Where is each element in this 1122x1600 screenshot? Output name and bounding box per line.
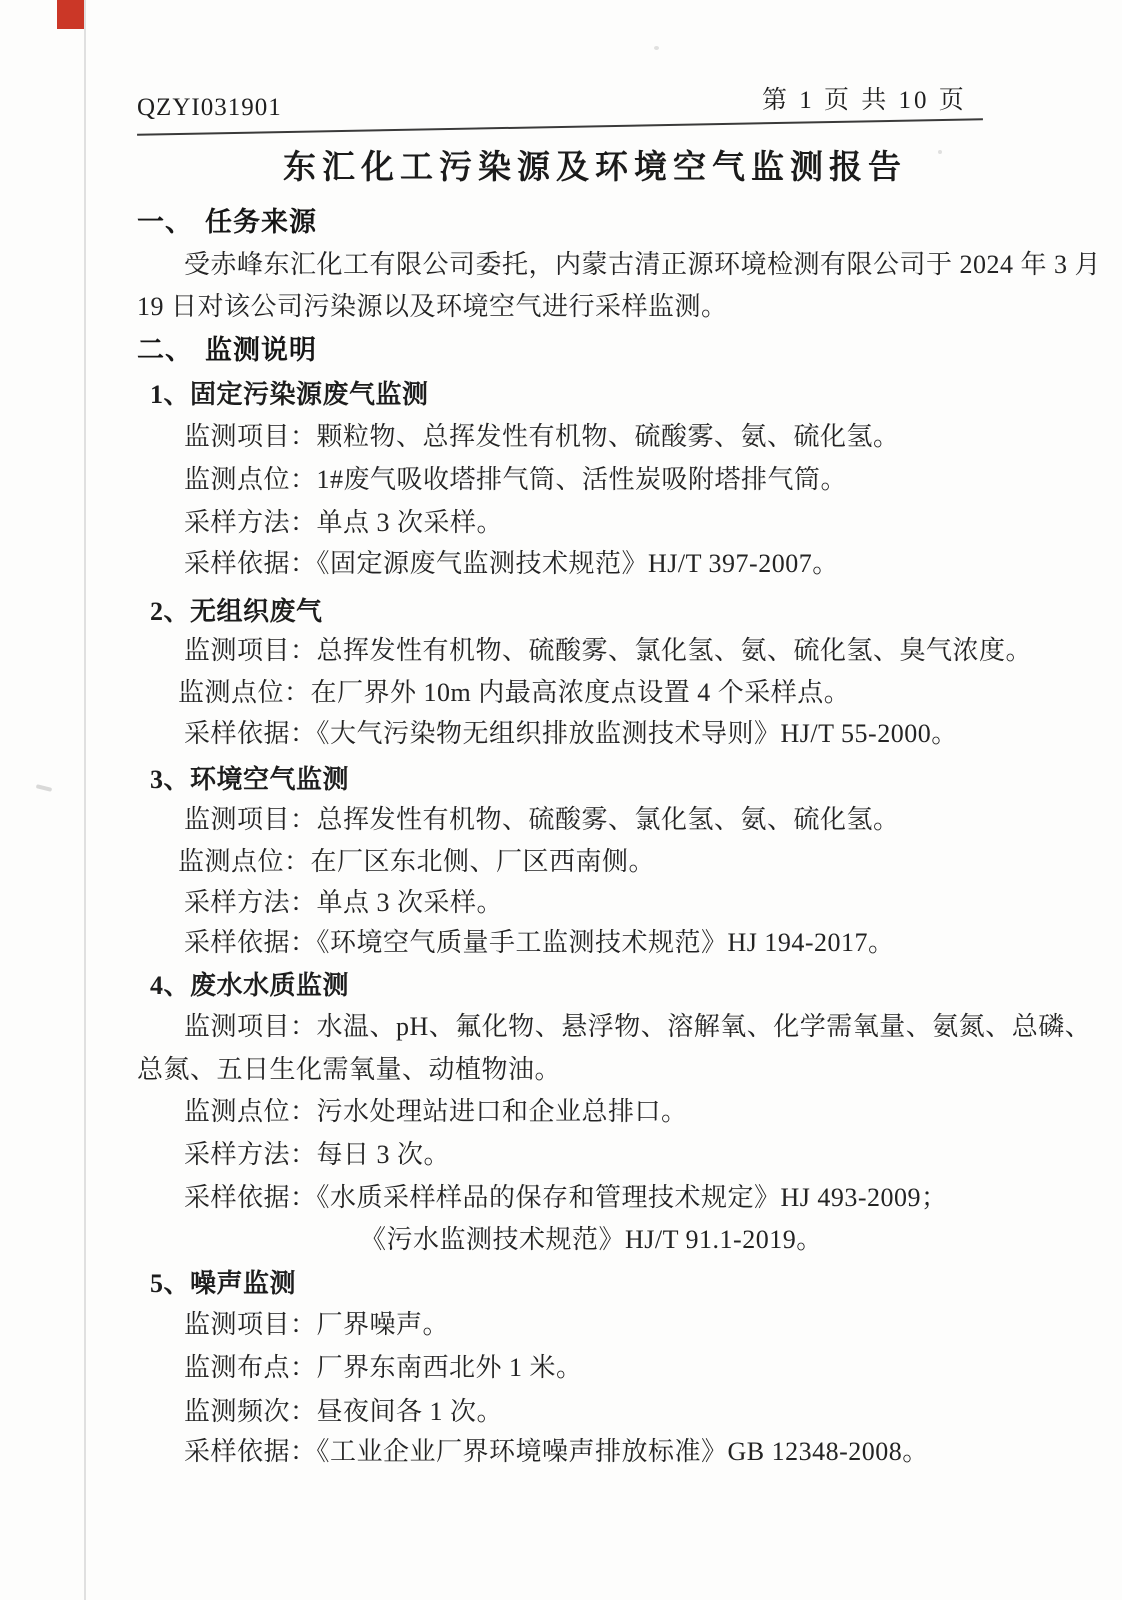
sampling-basis-line: 《污水监测技术规范》HJ/T 91.1-2019。 [360,1226,823,1253]
sampling-basis-line: 采样依据：《固定源废气监测技术规范》HJ/T 397-2007。 [184,550,839,577]
sampling-basis-line: 采样依据：《大气污染物无组织排放监测技术导则》HJ/T 55-2000。 [184,720,958,747]
sampling-method-line: 采样方法：单点 3 次采样。 [184,509,503,536]
sampling-basis-line: 采样依据：《工业企业厂界环境噪声排放标准》GB 12348-2008。 [184,1438,929,1465]
report-code: QZYI031901 [137,95,282,121]
subsection-heading: 4、废水水质监测 [150,972,349,999]
paragraph-line: 19 日对该公司污染源以及环境空气进行采样监测。 [137,293,728,320]
monitoring-frequency-line: 监测频次：昼夜间各 1 次。 [184,1398,503,1425]
scanned-report-page: QZYI031901 第 1 页 共 10 页 东汇化工污染源及环境空气监测报告… [0,0,1122,1600]
monitoring-items-line: 监测项目：总挥发性有机物、硫酸雾、氯化氢、氨、硫化氢、臭气浓度。 [184,637,1032,664]
sampling-basis-line: 采样依据：《水质采样样品的保存和管理技术规定》HJ 493-2009； [184,1184,948,1211]
section-number: 二、 [137,336,205,364]
paragraph-line: 受赤峰东汇化工有限公司委托，内蒙古清正源环境检测有限公司于 2024 年 3 月 [184,251,1101,278]
scan-speck [938,150,942,154]
monitoring-items-line: 总氮、五日生化需氧量、动植物油。 [137,1056,561,1083]
monitoring-points-line: 监测布点：厂界东南西北外 1 米。 [184,1354,583,1381]
sampling-method-line: 采样方法：每日 3 次。 [184,1141,450,1168]
monitoring-items-line: 监测项目：总挥发性有机物、硫酸雾、氯化氢、氨、硫化氢。 [184,806,900,833]
sampling-method-line: 采样方法：单点 3 次采样。 [184,889,503,916]
subsection-heading: 3、环境空气监测 [150,766,349,793]
monitoring-points-line: 监测点位：污水处理站进口和企业总排口。 [184,1098,688,1125]
section-label: 监测说明 [205,335,317,365]
monitoring-points-line: 监测点位：在厂区东北侧、厂区西南侧。 [178,848,655,875]
section-number: 一、 [137,208,205,236]
scan-speck [654,46,659,50]
page-title: 东汇化工污染源及环境空气监测报告 [283,141,907,188]
sampling-basis-line: 采样依据：《环境空气质量手工监测技术规范》HJ 194-2017。 [184,929,895,956]
page-indicator: 第 1 页 共 10 页 [762,88,967,114]
monitoring-items-line: 监测项目：厂界噪声。 [184,1311,449,1338]
section-heading-monitoring-notes: 二、监测说明 [137,336,317,364]
monitoring-items-line: 监测项目：颗粒物、总挥发性有机物、硫酸雾、氨、硫化氢。 [184,423,900,450]
monitoring-points-line: 监测点位：在厂界外 10m 内最高浓度点设置 4 个采样点。 [178,679,850,706]
subsection-heading: 2、无组织废气 [150,598,323,625]
subsection-heading: 5、噪声监测 [150,1270,296,1297]
red-scan-mark [57,0,84,29]
scan-dash-artifact [36,784,52,792]
monitoring-points-line: 监测点位：1#废气吸收塔排气筒、活性炭吸附塔排气筒。 [184,466,847,493]
scan-edge-line [84,0,86,1600]
monitoring-items-line: 监测项目：水温、pH、氟化物、悬浮物、溶解氧、化学需氧量、氨氮、总磷、 [184,1013,1091,1040]
subsection-heading: 1、固定污染源废气监测 [150,381,429,408]
section-label: 任务来源 [205,207,317,237]
section-heading-task-source: 一、任务来源 [137,208,317,236]
